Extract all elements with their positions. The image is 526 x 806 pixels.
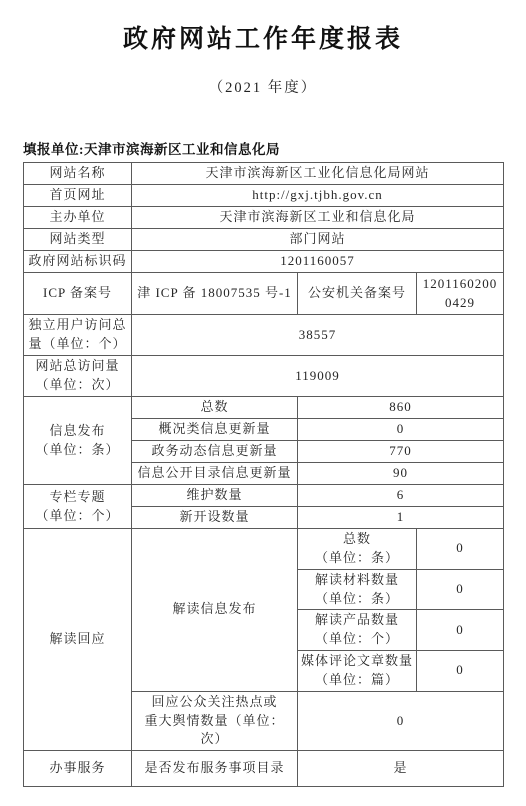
- row-value: 38557: [132, 315, 504, 356]
- row-label: 回应公众关注热点或 重大舆情数量（单位： 次）: [132, 691, 298, 751]
- row-label: 是否发布服务事项目录: [132, 751, 298, 787]
- icp-value: 津 ICP 备 18007535 号-1: [132, 273, 298, 315]
- row-value: 是: [298, 751, 504, 787]
- row-value: 天津市滨海新区工业化信息化局网站: [132, 163, 504, 185]
- police-record-label: 公安机关备案号: [298, 273, 417, 315]
- report-page: 政府网站工作年度报表 （2021 年度） 填报单位:天津市滨海新区工业和信息化局…: [0, 0, 526, 806]
- row-label: 解读产品数量 （单位：个）: [298, 610, 417, 651]
- row-label: 主办单位: [24, 207, 132, 229]
- row-label: 网站总访问量 （单位：次）: [24, 356, 132, 397]
- row-label: 总数 （单位：条）: [298, 529, 417, 570]
- row-value: 部门网站: [132, 229, 504, 251]
- row-label: 维护数量: [132, 485, 298, 507]
- table-row: 办事服务 是否发布服务事项目录 是: [24, 751, 504, 787]
- row-value: 860: [298, 397, 504, 419]
- row-value: 770: [298, 441, 504, 463]
- section-label-services: 办事服务: [24, 751, 132, 787]
- table-row: 网站总访问量 （单位：次） 119009: [24, 356, 504, 397]
- row-value: 0: [417, 651, 504, 692]
- table-row: 解读回应 解读信息发布 总数 （单位：条） 0: [24, 529, 504, 570]
- report-year: （2021 年度）: [0, 76, 526, 97]
- table-row: 独立用户访问总 量（单位：个） 38557: [24, 315, 504, 356]
- row-label: 信息公开目录信息更新量: [132, 463, 298, 485]
- section-label-special-columns: 专栏专题 （单位：个）: [24, 485, 132, 529]
- row-label: 解读材料数量 （单位：条）: [298, 569, 417, 610]
- row-value: 0: [298, 691, 504, 751]
- icp-label: ICP 备案号: [24, 273, 132, 315]
- reporting-unit: 填报单位:天津市滨海新区工业和信息化局: [23, 138, 526, 158]
- row-value: 119009: [132, 356, 504, 397]
- table-row: 网站名称 天津市滨海新区工业化信息化局网站: [24, 163, 504, 185]
- table-row: 专栏专题 （单位：个） 维护数量 6: [24, 485, 504, 507]
- report-table: 网站名称 天津市滨海新区工业化信息化局网站 首页网址 http://gxj.tj…: [23, 162, 504, 787]
- row-label: 独立用户访问总 量（单位：个）: [24, 315, 132, 356]
- row-value: 1201160057: [132, 251, 504, 273]
- row-label: 新开设数量: [132, 507, 298, 529]
- page-title: 政府网站工作年度报表: [0, 0, 526, 55]
- row-value: 90: [298, 463, 504, 485]
- table-row: 首页网址 http://gxj.tjbh.gov.cn: [24, 185, 504, 207]
- interpretation-publication-label: 解读信息发布: [132, 529, 298, 692]
- homepage-url: http://gxj.tjbh.gov.cn: [132, 185, 504, 207]
- row-label: 首页网址: [24, 185, 132, 207]
- row-label: 网站类型: [24, 229, 132, 251]
- row-label: 总数: [132, 397, 298, 419]
- table-row: 信息发布 （单位：条） 总数 860: [24, 397, 504, 419]
- table-row: ICP 备案号 津 ICP 备 18007535 号-1 公安机关备案号 120…: [24, 273, 504, 315]
- section-label-info-publication: 信息发布 （单位：条）: [24, 397, 132, 485]
- row-label: 政府网站标识码: [24, 251, 132, 273]
- row-label: 媒体评论文章数量 （单位：篇）: [298, 651, 417, 692]
- row-label: 概况类信息更新量: [132, 419, 298, 441]
- table-row: 网站类型 部门网站: [24, 229, 504, 251]
- police-record-value: 12011602000429: [417, 273, 504, 315]
- row-value: 6: [298, 485, 504, 507]
- table-row: 政府网站标识码 1201160057: [24, 251, 504, 273]
- row-value: 1: [298, 507, 504, 529]
- section-label-interpretation: 解读回应: [24, 529, 132, 751]
- row-label: 网站名称: [24, 163, 132, 185]
- row-label: 政务动态信息更新量: [132, 441, 298, 463]
- row-value: 0: [298, 419, 504, 441]
- row-value: 天津市滨海新区工业和信息化局: [132, 207, 504, 229]
- row-value: 0: [417, 569, 504, 610]
- row-value: 0: [417, 610, 504, 651]
- row-value: 0: [417, 529, 504, 570]
- table-row: 主办单位 天津市滨海新区工业和信息化局: [24, 207, 504, 229]
